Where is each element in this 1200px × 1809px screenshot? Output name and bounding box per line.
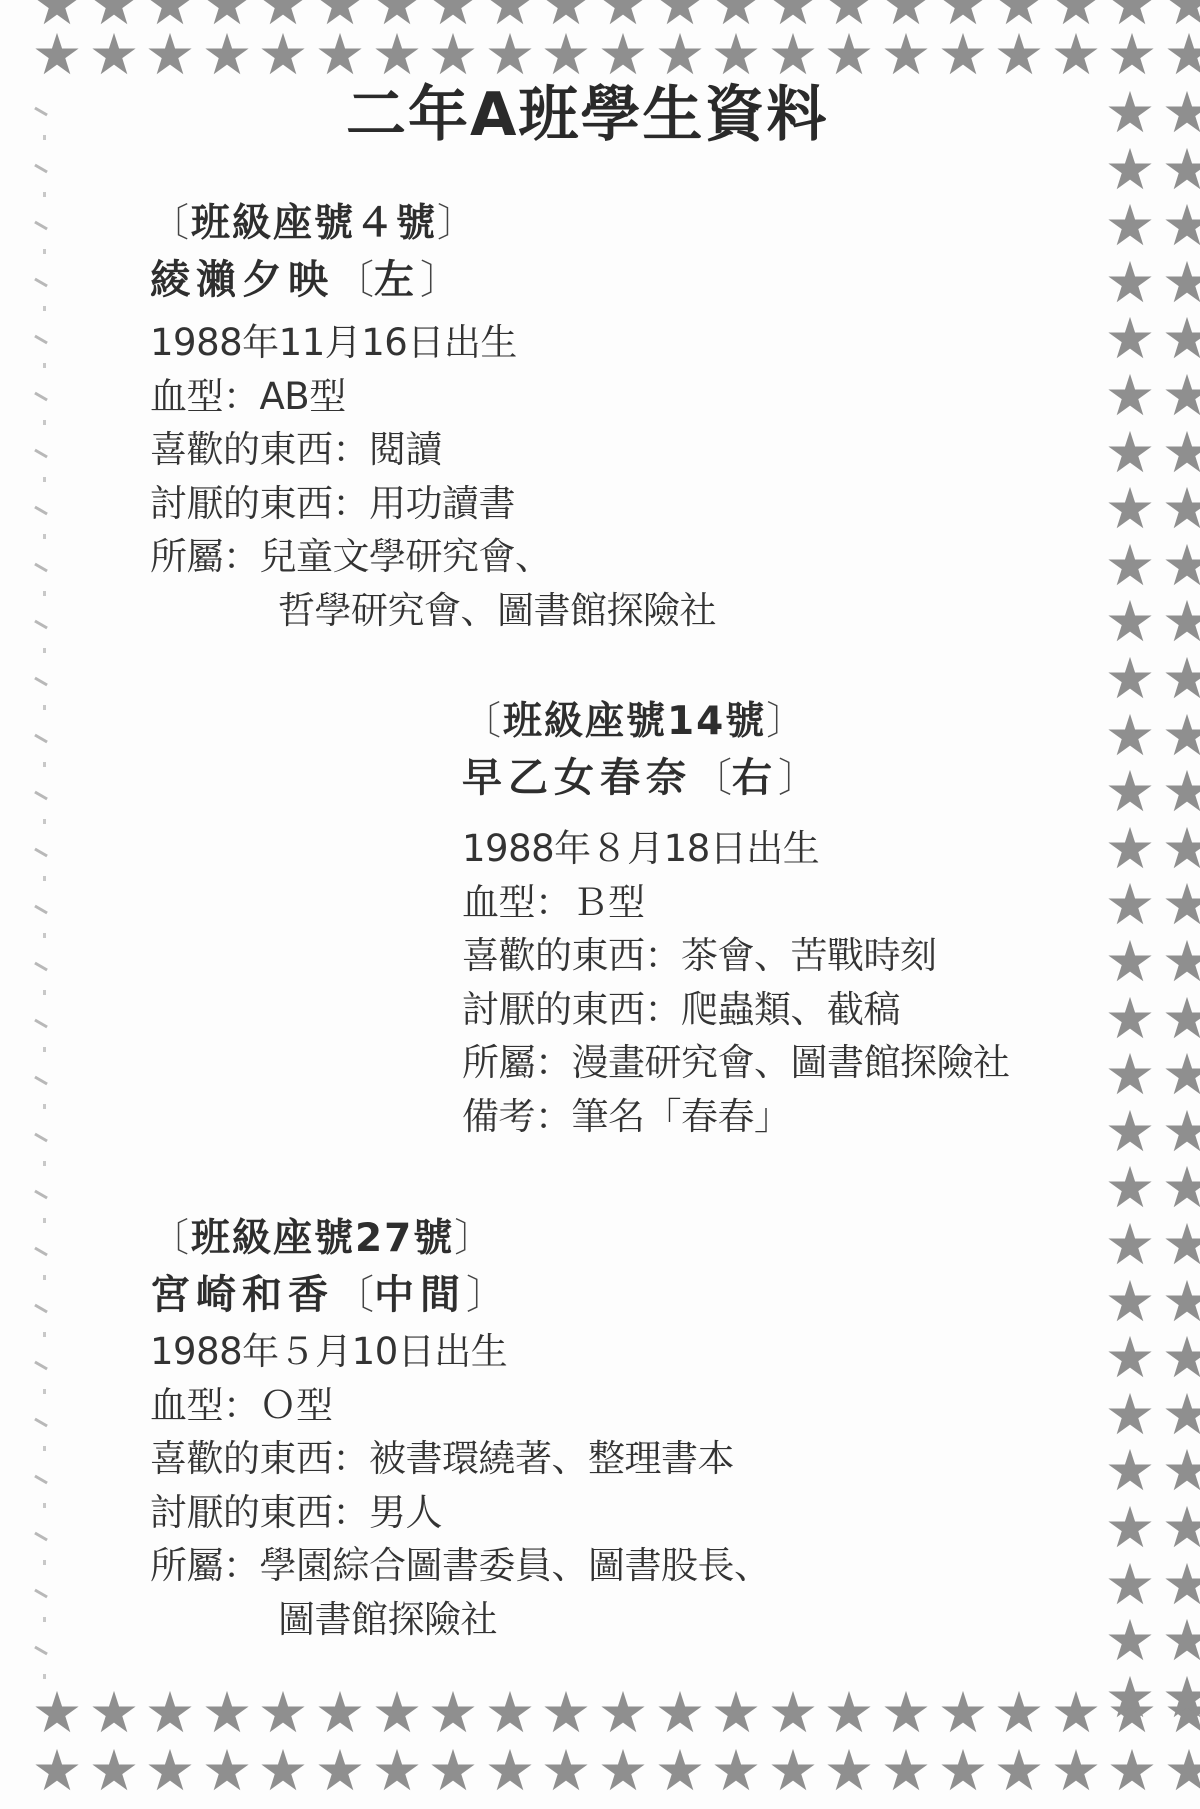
affiliation: 所屬：學園綜合圖書委員、圖書股長、	[150, 1539, 771, 1593]
star-icon	[1107, 1561, 1153, 1607]
star-icon	[487, 1689, 533, 1735]
student-name-heading: 綾瀨夕映〔左〕	[150, 250, 716, 310]
border-dot	[43, 363, 46, 368]
star-icon	[147, 1689, 193, 1735]
border-tick	[34, 1304, 48, 1314]
star-icon	[91, 1689, 137, 1735]
star-icon	[826, 1747, 872, 1793]
border-tick	[34, 905, 48, 915]
border-tick	[34, 1076, 48, 1086]
bracket-open: 〔	[462, 699, 503, 744]
star-icon	[1166, 0, 1200, 27]
student-name-heading: 宮崎和香〔中間〕	[150, 1265, 771, 1325]
star-icon	[713, 1689, 759, 1735]
border-tick	[34, 1361, 48, 1371]
star-icon	[1053, 31, 1099, 77]
border-dot	[43, 1275, 46, 1280]
border-dot	[43, 1674, 46, 1679]
star-icon	[940, 1689, 986, 1735]
star-icon	[1107, 1447, 1153, 1493]
star-icon	[34, 31, 80, 77]
bracket-close: 〕	[766, 699, 807, 744]
student-card-seat-14: 〔班級座號14號〕 早乙女春奈〔右〕 1988年８月18日出生 血型：Ｂ型 喜歡…	[462, 696, 1010, 1143]
border-dot	[43, 135, 46, 140]
star-icon	[543, 1747, 589, 1793]
dislikes: 討厭的東西：用功讀書	[150, 477, 716, 531]
star-icon	[430, 31, 476, 77]
star-icon	[147, 0, 193, 27]
star-icon	[1107, 938, 1153, 984]
star-icon	[826, 0, 872, 27]
dislikes: 討厭的東西：爬蟲類、截稿	[462, 983, 1010, 1037]
border-dot	[43, 1617, 46, 1622]
border-dot	[43, 819, 46, 824]
star-icon	[883, 31, 929, 77]
border-tick	[34, 848, 48, 858]
seat-number-heading: 〔班級座號14號〕	[462, 696, 1010, 748]
star-icon	[260, 0, 306, 27]
star-icon	[260, 1689, 306, 1735]
star-icon	[1107, 768, 1153, 814]
star-icon	[91, 1747, 137, 1793]
student-position: 中間	[374, 1272, 466, 1318]
star-icon	[374, 0, 420, 27]
student-info: 1988年11月16日出生 血型：AB型 喜歡的東西：閱讀 討厭的東西：用功讀書…	[150, 316, 716, 637]
border-dot	[43, 990, 46, 995]
star-icon	[1109, 31, 1155, 77]
star-icon	[883, 1747, 929, 1793]
border-tick	[34, 1475, 48, 1485]
star-icon	[657, 1747, 703, 1793]
star-icon	[770, 1689, 816, 1735]
star-icon	[1053, 1747, 1099, 1793]
star-icon	[317, 1747, 363, 1793]
student-card-seat-4: 〔班級座號４號〕 綾瀨夕映〔左〕 1988年11月16日出生 血型：AB型 喜歡…	[150, 198, 716, 637]
star-icon	[430, 0, 476, 27]
border-tick	[34, 1589, 48, 1599]
star-icon	[1107, 146, 1153, 192]
border-dot	[43, 933, 46, 938]
dislikes: 討厭的東西：男人	[150, 1486, 771, 1540]
seat-label: 班級座號４號	[191, 201, 437, 246]
star-icon	[1164, 598, 1200, 644]
bracket-open: 〔	[150, 201, 191, 246]
star-icon	[996, 0, 1042, 27]
border-tick	[34, 392, 48, 402]
page-title: 二年A班學生資料	[346, 80, 828, 150]
star-icon	[430, 1689, 476, 1735]
bracket-close: 〕	[420, 257, 460, 303]
star-icon	[1107, 1674, 1153, 1720]
star-icon	[1107, 1334, 1153, 1380]
border-dot	[43, 1332, 46, 1337]
star-icon	[1107, 1221, 1153, 1267]
blood-type: 血型：Ｂ型	[462, 876, 1010, 930]
star-icon	[1164, 881, 1200, 927]
star-icon	[34, 1747, 80, 1793]
star-icon	[1107, 1278, 1153, 1324]
star-icon	[543, 31, 589, 77]
border-dot	[43, 306, 46, 311]
border-tick	[34, 221, 48, 231]
star-icon	[1164, 89, 1200, 135]
border-dot	[43, 1503, 46, 1508]
star-icon	[996, 1689, 1042, 1735]
border-dot	[43, 1047, 46, 1052]
border-dot	[43, 648, 46, 653]
star-icon	[34, 1689, 80, 1735]
student-name: 早乙女春奈	[462, 755, 692, 801]
star-icon	[1164, 1334, 1200, 1380]
border-tick	[34, 620, 48, 630]
star-icon	[600, 31, 646, 77]
star-icon	[1107, 89, 1153, 135]
star-icon	[1166, 31, 1200, 77]
star-icon	[1164, 1447, 1200, 1493]
star-icon	[1164, 768, 1200, 814]
star-icon	[1107, 712, 1153, 758]
star-icon	[204, 1689, 250, 1735]
star-icon	[374, 31, 420, 77]
star-icon	[487, 0, 533, 27]
border-dot	[43, 420, 46, 425]
birth-date: 1988年５月10日出生	[150, 1325, 771, 1379]
star-icon	[1164, 995, 1200, 1041]
star-icon	[1107, 259, 1153, 305]
star-icon	[1164, 1108, 1200, 1154]
student-info: 1988年５月10日出生 血型：Ｏ型 喜歡的東西：被書環繞著、整理書本 討厭的東…	[150, 1325, 771, 1646]
star-icon	[1107, 1391, 1153, 1437]
star-icon	[1164, 1504, 1200, 1550]
star-icon	[826, 31, 872, 77]
star-icon	[600, 1689, 646, 1735]
bracket-open: 〔	[692, 755, 732, 801]
star-icon	[1164, 1164, 1200, 1210]
star-icon	[204, 31, 250, 77]
blood-type: 血型：AB型	[150, 370, 716, 424]
bracket-close: 〕	[454, 1216, 495, 1261]
border-dot	[43, 1104, 46, 1109]
star-icon	[940, 31, 986, 77]
border-dot	[43, 534, 46, 539]
star-icon	[1107, 372, 1153, 418]
star-icon	[317, 1689, 363, 1735]
star-icon	[940, 0, 986, 27]
border-tick	[34, 1190, 48, 1200]
star-icon	[1053, 0, 1099, 27]
star-icon	[996, 1747, 1042, 1793]
star-icon	[1164, 429, 1200, 475]
affiliation: 所屬：兒童文學研究會、	[150, 530, 716, 584]
star-icon	[1164, 1221, 1200, 1267]
star-icon	[374, 1747, 420, 1793]
blood-type: 血型：Ｏ型	[150, 1379, 771, 1433]
seat-label: 班級座號27號	[191, 1216, 454, 1261]
star-icon	[543, 0, 589, 27]
birth-date: 1988年８月18日出生	[462, 822, 1010, 876]
star-icon	[34, 0, 80, 27]
border-tick	[34, 563, 48, 573]
border-tick	[34, 1133, 48, 1143]
border-dot	[43, 705, 46, 710]
border-tick	[34, 1247, 48, 1257]
star-icon	[1164, 1617, 1200, 1663]
star-icon	[1107, 1504, 1153, 1550]
star-icon	[317, 0, 363, 27]
star-icon	[1107, 1051, 1153, 1097]
bracket-close: 〕	[778, 755, 818, 801]
star-icon	[657, 31, 703, 77]
student-name-heading: 早乙女春奈〔右〕	[462, 748, 1010, 808]
star-icon	[1164, 146, 1200, 192]
star-icon	[204, 1747, 250, 1793]
star-icon	[91, 31, 137, 77]
star-icon	[1107, 429, 1153, 475]
bracket-open: 〔	[334, 1272, 374, 1318]
star-icon	[374, 1689, 420, 1735]
border-dot	[43, 1560, 46, 1565]
star-icon	[1164, 938, 1200, 984]
border-dot	[43, 1446, 46, 1451]
likes: 喜歡的東西：被書環繞著、整理書本	[150, 1432, 771, 1486]
border-tick	[34, 506, 48, 516]
star-icon	[826, 1689, 872, 1735]
border-tick	[34, 962, 48, 972]
bracket-close: 〕	[437, 201, 478, 246]
star-icon	[1164, 1561, 1200, 1607]
bracket-close: 〕	[466, 1272, 506, 1318]
border-dot	[43, 591, 46, 596]
border-tick	[34, 107, 48, 117]
star-icon	[713, 31, 759, 77]
star-icon	[600, 0, 646, 27]
star-icon	[260, 31, 306, 77]
border-tick	[34, 1418, 48, 1428]
likes: 喜歡的東西：茶會、苦戰時刻	[462, 929, 1010, 983]
border-dot	[43, 876, 46, 881]
border-tick	[34, 1646, 48, 1656]
star-icon	[1107, 1617, 1153, 1663]
seat-number-heading: 〔班級座號27號〕	[150, 1213, 771, 1265]
star-icon	[1109, 1747, 1155, 1793]
star-icon	[317, 31, 363, 77]
border-dot	[43, 249, 46, 254]
star-icon	[91, 0, 137, 27]
border-dot	[43, 477, 46, 482]
star-icon	[487, 31, 533, 77]
star-icon	[940, 1747, 986, 1793]
star-icon	[713, 1747, 759, 1793]
student-name: 綾瀨夕映	[150, 257, 334, 303]
star-icon	[657, 0, 703, 27]
affiliation-continued: 哲學研究會、圖書館探險社	[150, 584, 716, 638]
border-tick	[34, 164, 48, 174]
student-name: 宮崎和香	[150, 1272, 334, 1318]
star-icon	[1107, 995, 1153, 1041]
border-dot	[43, 1161, 46, 1166]
seat-label: 班級座號14號	[503, 699, 766, 744]
border-tick	[34, 335, 48, 345]
star-icon	[430, 1747, 476, 1793]
student-card-seat-27: 〔班級座號27號〕 宮崎和香〔中間〕 1988年５月10日出生 血型：Ｏ型 喜歡…	[150, 1213, 771, 1646]
student-position: 左	[374, 257, 420, 303]
star-icon	[1164, 1391, 1200, 1437]
star-icon	[1107, 1108, 1153, 1154]
star-icon	[1164, 315, 1200, 361]
star-icon	[1164, 712, 1200, 758]
remarks: 備考：筆名「春春」	[462, 1090, 1010, 1144]
student-position: 右	[732, 755, 778, 801]
star-icon	[1107, 542, 1153, 588]
star-icon	[713, 0, 759, 27]
star-icon	[487, 1747, 533, 1793]
star-icon	[1107, 825, 1153, 871]
border-dot	[43, 1389, 46, 1394]
likes: 喜歡的東西：閱讀	[150, 423, 716, 477]
student-info: 1988年８月18日出生 血型：Ｂ型 喜歡的東西：茶會、苦戰時刻 討厭的東西：爬…	[462, 822, 1010, 1143]
star-icon	[204, 0, 250, 27]
star-icon	[1107, 1164, 1153, 1210]
star-icon	[543, 1689, 589, 1735]
star-icon	[1164, 372, 1200, 418]
star-icon	[770, 0, 816, 27]
star-icon	[1107, 655, 1153, 701]
star-icon	[1164, 1051, 1200, 1097]
star-icon	[1164, 655, 1200, 701]
border-tick	[34, 1532, 48, 1542]
star-icon	[1164, 1674, 1200, 1720]
star-icon	[1107, 485, 1153, 531]
star-icon	[260, 1747, 306, 1793]
star-icon	[1053, 1689, 1099, 1735]
star-icon	[1164, 259, 1200, 305]
star-icon	[1109, 0, 1155, 27]
star-icon	[147, 31, 193, 77]
affiliation: 所屬：漫畫研究會、圖書館探險社	[462, 1036, 1010, 1090]
affiliation-continued: 圖書館探險社	[150, 1593, 771, 1647]
star-icon	[657, 1689, 703, 1735]
star-icon	[1164, 542, 1200, 588]
border-tick	[34, 278, 48, 288]
seat-number-heading: 〔班級座號４號〕	[150, 198, 716, 250]
star-icon	[1107, 598, 1153, 644]
star-icon	[770, 31, 816, 77]
star-icon	[883, 0, 929, 27]
bracket-open: 〔	[150, 1216, 191, 1261]
star-icon	[1164, 1278, 1200, 1324]
star-icon	[770, 1747, 816, 1793]
border-dot	[43, 1218, 46, 1223]
star-icon	[883, 1689, 929, 1735]
star-icon	[1164, 825, 1200, 871]
star-icon	[1166, 1747, 1200, 1793]
star-icon	[147, 1747, 193, 1793]
border-tick	[34, 791, 48, 801]
border-dot	[43, 762, 46, 767]
border-dot	[43, 192, 46, 197]
star-icon	[1164, 485, 1200, 531]
border-tick	[34, 449, 48, 459]
bracket-open: 〔	[334, 257, 374, 303]
star-icon	[1107, 315, 1153, 361]
star-icon	[996, 31, 1042, 77]
border-tick	[34, 734, 48, 744]
star-icon	[1107, 881, 1153, 927]
border-tick	[34, 677, 48, 687]
star-icon	[1107, 202, 1153, 248]
border-tick	[34, 1019, 48, 1029]
star-icon	[1164, 202, 1200, 248]
star-icon	[600, 1747, 646, 1793]
birth-date: 1988年11月16日出生	[150, 316, 716, 370]
